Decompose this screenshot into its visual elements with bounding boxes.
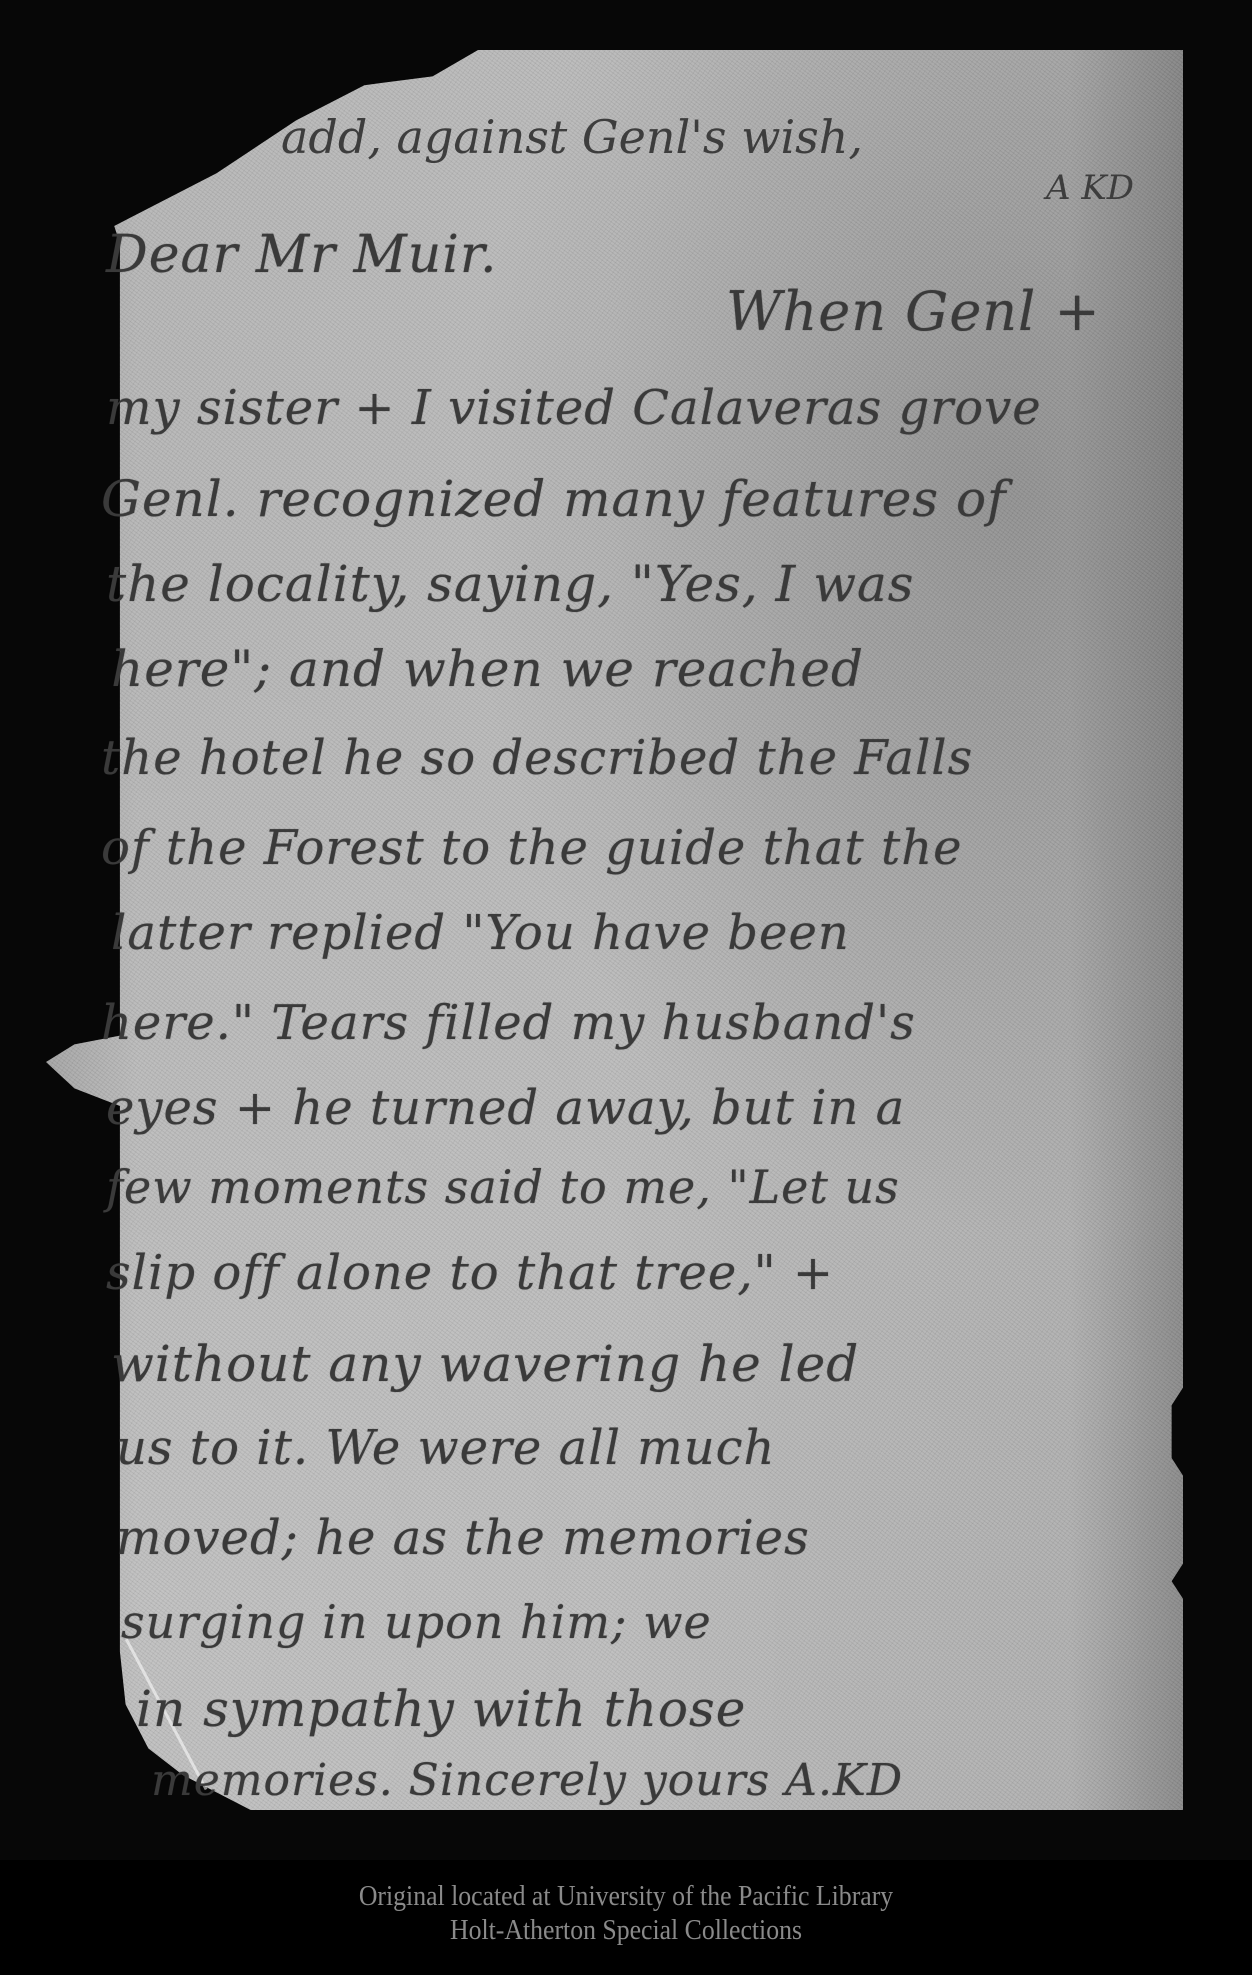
letter-line: eyes + he turned away, but in a bbox=[106, 1080, 905, 1136]
letter-line: in sympathy with those bbox=[136, 1680, 746, 1738]
salutation: Dear Mr Muir. bbox=[106, 225, 498, 285]
letter-line: the hotel he so described the Falls bbox=[101, 730, 973, 786]
header-annotation: add, against Genl's wish, bbox=[281, 110, 863, 164]
letter-line: without any wavering he led bbox=[111, 1335, 859, 1393]
letter-line: here." Tears filled my husband's bbox=[101, 995, 916, 1051]
letter-line: moved; he as the memories bbox=[116, 1510, 810, 1566]
caption-line-2: Holt-Atherton Special Collections bbox=[50, 1914, 1202, 1948]
letter-closing: memories. Sincerely yours A.KD bbox=[151, 1755, 903, 1806]
handwritten-letter: add, against Genl's wish, A KD Dear Mr M… bbox=[46, 50, 1183, 1810]
caption-line-1: Original located at University of the Pa… bbox=[50, 1880, 1202, 1914]
letter-line: latter replied "You have been bbox=[111, 905, 850, 961]
letter-line: my sister + I visited Calaveras grove bbox=[106, 380, 1042, 436]
letter-line: here"; and when we reached bbox=[111, 640, 864, 698]
letter-line: the locality, saying, "Yes, I was bbox=[106, 555, 914, 613]
letter-line: of the Forest to the guide that the bbox=[101, 820, 963, 876]
letter-line: Genl. recognized many features of bbox=[101, 470, 1007, 528]
letter-line: few moments said to me, "Let us bbox=[106, 1160, 900, 1214]
letter-line: surging in upon him; we bbox=[121, 1595, 712, 1649]
archive-caption: Original located at University of the Pa… bbox=[0, 1860, 1252, 1975]
letter-line: slip off alone to that tree," + bbox=[106, 1245, 834, 1301]
header-initials: A KD bbox=[1046, 168, 1134, 208]
letter-line: When Genl + bbox=[726, 280, 1101, 343]
letter-line: us to it. We were all much bbox=[116, 1420, 775, 1476]
